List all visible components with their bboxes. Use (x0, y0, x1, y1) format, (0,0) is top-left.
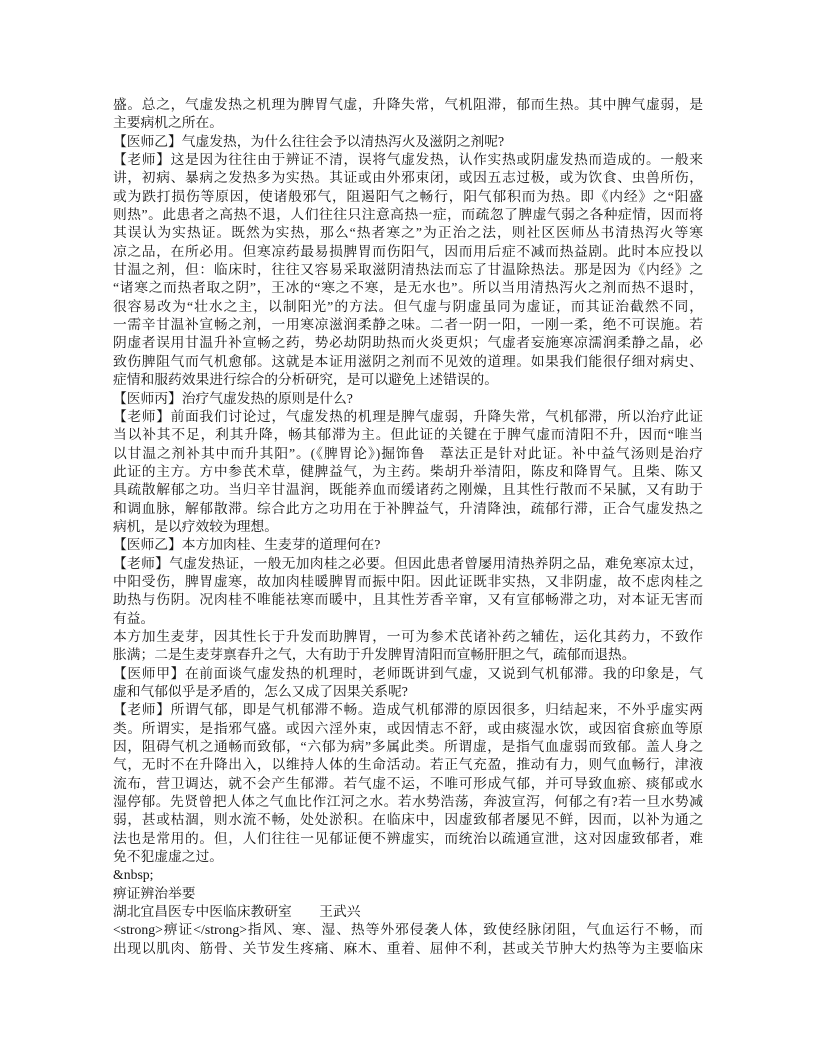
text-line: 气，无时不在升降出入，以维持人体的生命活动。若正气充盈，推动有力，则气血畅行，津… (113, 756, 703, 774)
document-page: 盛。总之，气虚发热之机理为脾胃气虚，升降失常，气机阻滞，郁而生热。其中脾气虚弱，… (0, 0, 816, 1056)
text-line: 致伤脾阻气而气机愈郁。这就是本证用滋阴之剂而不见效的道理。如果我们能很仔细对病史… (113, 353, 703, 371)
text-line-speaker-yi: 【医师乙】气虚发热，为什么往往会予以清热泻火及滋阴之剂呢? (113, 133, 703, 151)
text-line: 其误认为实热证。既然为实热，那么“热者寒之”为正治之法，则社区医师丛书清热泻火等… (113, 224, 703, 242)
text-line: 中阳受伤，脾胃虚寒，故加肉桂暖脾胃而振中阳。因此证既非实热，又非阴虚，故不虑肉桂… (113, 573, 703, 591)
text-line: 本方加生麦芽，因其性长于升发而助脾胃，一可为参术芪诸补药之辅佐，运化其药力，不致… (113, 628, 703, 646)
text-line: 和调血脉，解郁散滞。综合此方之功用在于补脾益气，升清降浊，疏郁行滞，正合气虚发热… (113, 500, 703, 518)
text-line: 出现以肌肉、筋骨、关节发生疼痛、麻木、重着、屈伸不利，甚或关节肿大灼热等为主要临… (113, 940, 703, 958)
text-line-speaker-teacher: 【老师】所谓气郁，即是气机郁滞不畅。造成气机郁滞的原因很多，归结起来，不外乎虚实… (113, 701, 703, 719)
text-line-strong-literal: <strong>痹证</strong>指风、寒、湿、热等外邪侵袭人体，致使经脉闭… (113, 921, 703, 939)
document-text-block: 盛。总之，气虚发热之机理为脾胃气虚，升降失常，气机阻滞，郁而生热。其中脾气虚弱，… (113, 96, 703, 958)
text-line: 一需辛甘温补宣畅之剂，一用寒凉滋润柔静之味。二者一阴一阳，一刚一柔，绝不可误施。… (113, 316, 703, 334)
text-line: 法也是常用的。但，人们往往一见郁证便不辨虚实，而统治以疏通宣泄，这对因虚致郁者，… (113, 830, 703, 848)
text-line: 弱，甚或枯涸，则水流不畅，处处淤积。在临床中，因虚致郁者屡见不鲜，因而，以补为通… (113, 811, 703, 829)
text-line: 此证的主方。方中参芪术草，健脾益气，为主药。柴胡升举清阳，陈皮和降胃气。且柴、陈… (113, 463, 703, 481)
text-line: 类。所谓实，是指邪气盛。或因六淫外束，或因情志不舒，或由痰湿水饮，或因宿食瘀血等… (113, 720, 703, 738)
text-line: 病机，是以疗效较为理想。 (113, 518, 703, 536)
text-line: 助热与伤阴。况肉桂不唯能祛寒而暖中，且其性芳香辛窜，又有宣郁畅滞之功，对本证无害… (113, 591, 703, 609)
text-line: 很容易改为“壮水之主，以制阳光”的方法。但气虚与阴虚虽同为虚证，而其证治截然不同… (113, 298, 703, 316)
text-line: 湿停郁。先贤曾把人体之气血比作江河之水。若水势浩荡，奔波宣泻，何郁之有?若一旦水… (113, 793, 703, 811)
text-line: 阴虚者误用甘温升补宣畅之药，势必劫阴助热而火炎更炽；气虚者妄施寒凉濡润柔静之晶，… (113, 334, 703, 352)
text-line: 虚和气郁似乎是矛盾的，怎么又成了因果关系呢? (113, 683, 703, 701)
text-line-speaker-yi: 【医师乙】本方加肉桂、生麦芽的道理何在? (113, 536, 703, 554)
text-line-speaker-teacher: 【老师】气虚发热证，一般无加肉桂之必要。但因此患者曾屡用清热养阴之品，难免寒凉太… (113, 555, 703, 573)
text-line: 甘温之剂，但：临床时，往往又容易采取滋阴清热法而忘了甘温除热法。那是因为《内经》… (113, 261, 703, 279)
text-line: 盛。总之，气虚发热之机理为脾胃气虚，升降失常，气机阻滞，郁而生热。其中脾气虚弱，… (113, 96, 703, 114)
text-line: 流布，营卫调达，就不会产生郁滞。若气虚不运，不唯可形成气郁，并可导致血瘀、痰郁或… (113, 775, 703, 793)
text-line: 当以补其不足，利其升降，畅其郁滞为主。但此证的关键在于脾气虚而清阳不升，因而“唯… (113, 426, 703, 444)
text-line: 具疏散解郁之功。当归辛甘温润，既能养血而缓诸药之刚燥，且其性行散而不呆腻，又有助… (113, 481, 703, 499)
text-line: 因，阻碍气机之通畅而致郁，“六郁为病”多属此类。所谓虚，是指气血虚弱而致郁。盖人… (113, 738, 703, 756)
text-line: “诸寒之而热者取之阴”，王冰的“寒之不寒，是无水也”。所以当用清热泻火之剂而热不… (113, 279, 703, 297)
text-line: 以甘温之剂补其中而升其阳”。(《脾胃论》)掘饰鲁 葦法正是针对此证。补中益气汤则… (113, 445, 703, 463)
text-line: 则热”。此患者之高热不退，人们往往只注意高热一症，而疏忽了脾虚气弱之各种症情，因… (113, 206, 703, 224)
text-line: 讲，初病、暴病之发热多为实热。其证或由外邪束闭，或因五志过极，或为饮食、虫兽所伤… (113, 169, 703, 187)
text-line: 症情和服药效果进行综合的分析研究，是可以避免上述错误的。 (113, 371, 703, 389)
text-line: 主要病机之所在。 (113, 114, 703, 132)
text-line: 或为跌打损伤等原因，使诸般邪气，阻遏阳气之畅行，阳气郁积而为热。即《内经》之“阳… (113, 188, 703, 206)
text-line: 凉之品，在所必用。但寒凉药最易损脾胃而伤阳气，因而用后症不减而热益剧。此时本应投… (113, 243, 703, 261)
text-line-speaker-bing: 【医师丙】治疗气虚发热的原则是什么? (113, 390, 703, 408)
text-line-speaker-teacher: 【老师】这是因为往往由于辨证不清，误将气虚发热，认作实热或阴虚发热而造成的。一般… (113, 151, 703, 169)
text-line-speaker-jia: 【医师甲】在前面谈气虚发热的机理时，老师既讲到气虚，又说到气机郁滞。我的印象是，… (113, 665, 703, 683)
text-line-speaker-teacher: 【老师】前面我们讨论过，气虚发热的机理是脾气虚弱，升降失常，气机郁滞，所以治疗此… (113, 408, 703, 426)
text-line: 有益。 (113, 610, 703, 628)
text-line: 免不犯虚虚之过。 (113, 848, 703, 866)
text-line-nbsp-literal: &nbsp; (113, 866, 703, 884)
article-author-line: 湖北宜昌医专中医临床教研室 王武兴 (113, 903, 703, 921)
text-line: 胀满；二是生麦芽禀春升之气，大有助于升发脾胃清阳而宣畅肝胆之气，疏郁而退热。 (113, 646, 703, 664)
article-title-line: 痹证辨治举要 (113, 885, 703, 903)
